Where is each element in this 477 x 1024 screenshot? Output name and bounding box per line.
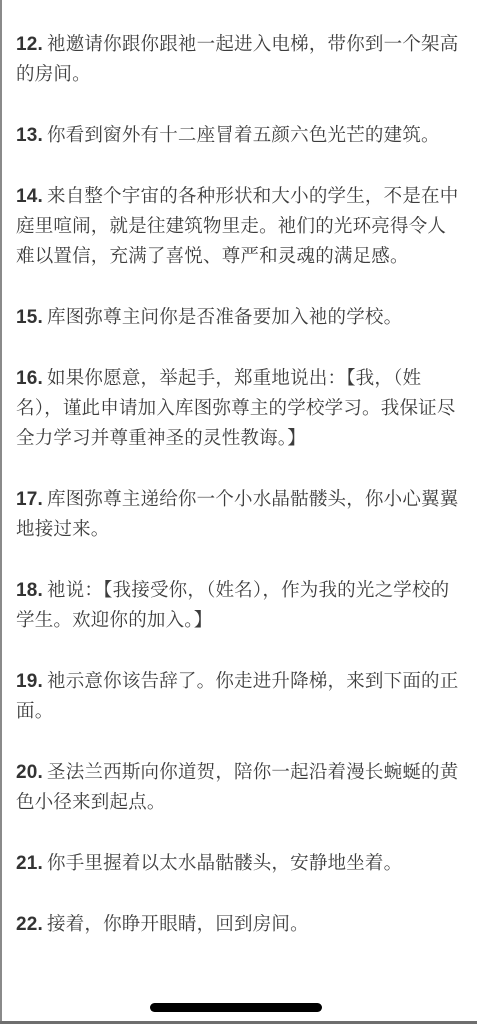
item-number: 16. [16, 368, 43, 389]
item-text: 祂示意你该告辞了。你走进升降梯，来到下面的正面。 [16, 671, 458, 722]
list-item: 22.接着，你睁开眼睛，回到房间。 [16, 910, 462, 940]
list-item: 15.库图弥尊主问你是否准备要加入祂的学校。 [16, 303, 462, 333]
list-item: 12.祂邀请你跟你跟祂一起进入电梯，带你到一个架高的房间。 [16, 30, 462, 90]
list-item: 19.祂示意你该告辞了。你走进升降梯，来到下面的正面。 [16, 667, 462, 727]
list-item: 18.祂说：【我接受你，（姓名），作为我的光之学校的学生。欢迎你的加入。】 [16, 576, 462, 636]
item-text: 接着，你睁开眼睛，回到房间。 [47, 914, 309, 935]
item-number: 18. [16, 580, 43, 601]
list-item: 17.库图弥尊主递给你一个小水晶骷髅头，你小心翼翼地接过来。 [16, 485, 462, 545]
item-number: 22. [16, 914, 43, 935]
item-text: 祂说：【我接受你，（姓名），作为我的光之学校的学生。欢迎你的加入。】 [16, 580, 449, 631]
item-number: 13. [16, 125, 43, 146]
article-body: 12.祂邀请你跟你跟祂一起进入电梯，带你到一个架高的房间。 13.你看到窗外有十… [16, 30, 462, 971]
item-number: 20. [16, 762, 43, 783]
item-text: 库图弥尊主问你是否准备要加入祂的学校。 [47, 307, 402, 328]
left-border [0, 0, 2, 1024]
item-text: 来自整个宇宙的各种形状和大小的学生，不是在中庭里喧闹，就是往建筑物里走。祂们的光… [16, 186, 458, 267]
item-text: 你看到窗外有十二座冒着五颜六色光芒的建筑。 [47, 125, 440, 146]
list-item: 16.如果你愿意，举起手，郑重地说出：【我，（姓名），谨此申请加入库图弥尊主的学… [16, 364, 462, 454]
item-number: 17. [16, 489, 43, 510]
item-text: 祂邀请你跟你跟祂一起进入电梯，带你到一个架高的房间。 [16, 34, 458, 85]
item-text: 如果你愿意，举起手，郑重地说出：【我，（姓名），谨此申请加入库图弥尊主的学校学习… [16, 368, 456, 449]
item-text: 你手里握着以太水晶骷髅头，安静地坐着。 [47, 853, 402, 874]
item-number: 19. [16, 671, 43, 692]
item-number: 14. [16, 186, 43, 207]
item-number: 12. [16, 34, 43, 55]
item-number: 15. [16, 307, 43, 328]
list-item: 14.来自整个宇宙的各种形状和大小的学生，不是在中庭里喧闹，就是往建筑物里走。祂… [16, 182, 462, 272]
home-indicator-bar[interactable] [150, 1003, 322, 1012]
item-number: 21. [16, 853, 43, 874]
item-text: 圣法兰西斯向你道贺，陪你一起沿着漫长蜿蜒的黄色小径来到起点。 [16, 762, 458, 813]
item-text: 库图弥尊主递给你一个小水晶骷髅头，你小心翼翼地接过来。 [16, 489, 458, 540]
list-item: 21.你手里握着以太水晶骷髅头，安静地坐着。 [16, 849, 462, 879]
list-item: 13.你看到窗外有十二座冒着五颜六色光芒的建筑。 [16, 121, 462, 151]
list-item: 20.圣法兰西斯向你道贺，陪你一起沿着漫长蜿蜒的黄色小径来到起点。 [16, 758, 462, 818]
